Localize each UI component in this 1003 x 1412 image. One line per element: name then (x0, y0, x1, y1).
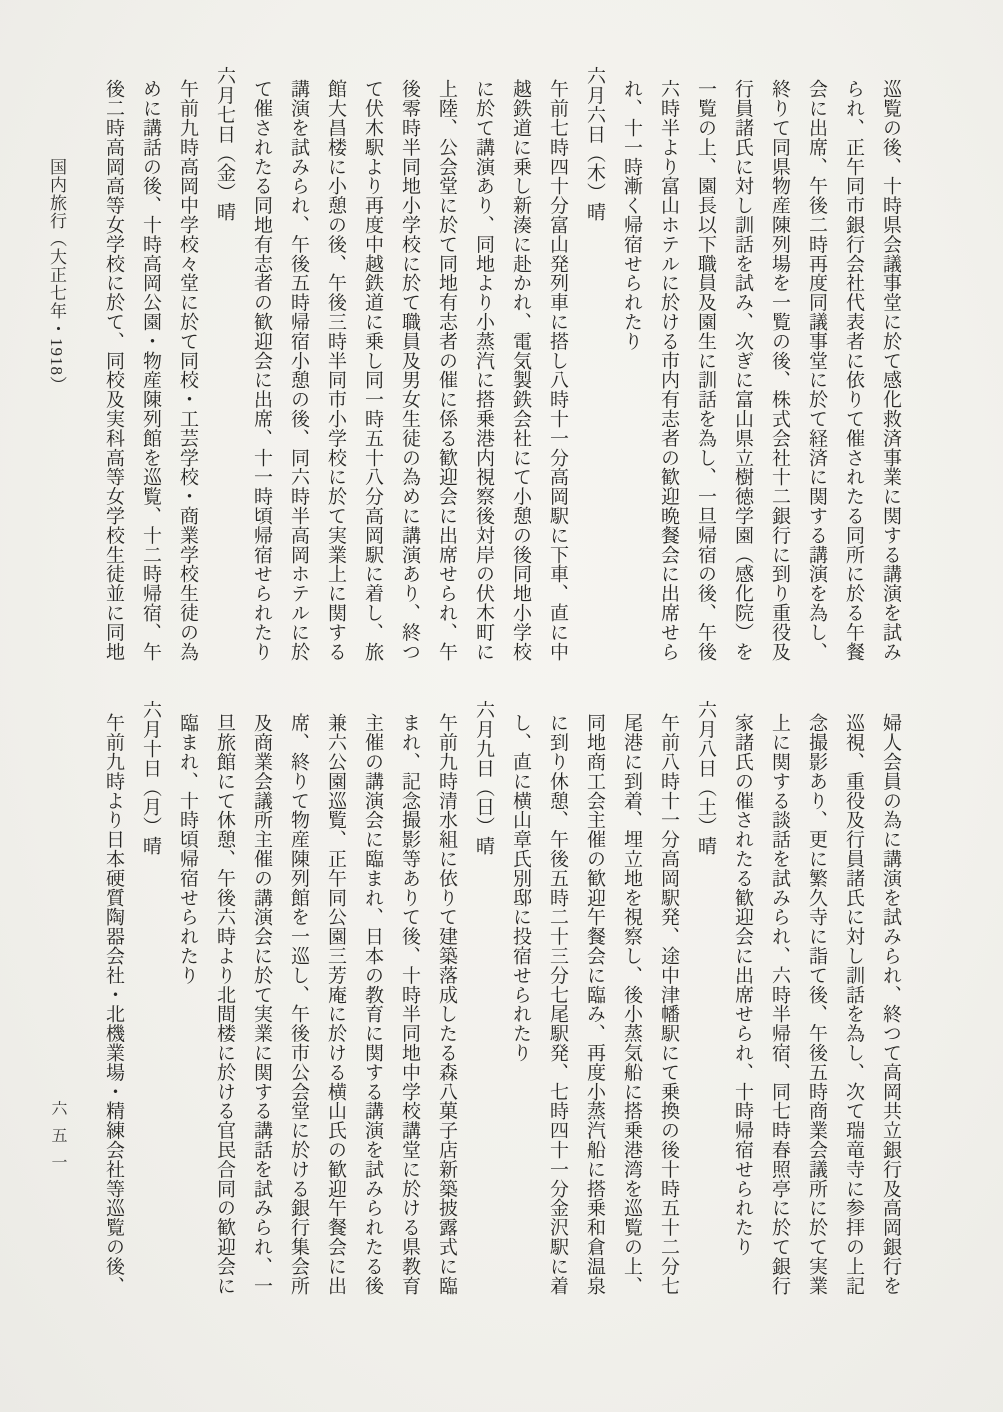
text-column: 午前九時より日本硬質陶器会社・北機業場・精練会社等巡覧の後、 (95, 713, 132, 1330)
text-column: 及商業会議所主催の講演会に於て実業に関する講話を試みられ、一 (243, 713, 280, 1330)
text-column: 婦人会員の為に講演を試みられ、終つて高岡共立銀行及高岡銀行を (872, 713, 909, 1330)
text-column: 一覧の上、園長以下職員及園生に訓話を為し、一旦帰宿の後、午後 (687, 79, 724, 696)
date-heading: 六月九日（日）晴 (465, 700, 502, 1330)
text-column: 午前七時四十分富山発列車に搭し八時十一分高岡駅に下車、直に中 (539, 79, 576, 696)
text-column: 巡覧の後、十時県会議事堂に於て感化救済事業に関する講演を試み (872, 79, 909, 696)
text-column: 館大昌楼に小憩の後、午後三時半同市小学校に於て実業上に関する (317, 79, 354, 696)
text-column: 行員諸氏に対し訓話を試み、次ぎに富山県立樹徳学園（感化院）を (724, 79, 761, 696)
text-column: めに講話の後、十時高岡公園・物産陳列館を巡覧、十二時帰宿、午 (132, 79, 169, 696)
text-column: 終りて同県物産陳列場を一覧の後、株式会社十二銀行に到り重役及 (761, 79, 798, 696)
text-column: 臨まれ、十時頃帰宿せられたり (169, 713, 206, 1330)
text-column: 巡視、重役及行員諸氏に対し訓話を為し、次て瑞竜寺に参拝の上記 (835, 713, 872, 1330)
text-column: 同地商工会主催の歓迎午餐会に臨み、再度小蒸汽船に搭乗和倉温泉 (576, 713, 613, 1330)
text-column: 六時半より富山ホテルに於ける市内有志者の歓迎晩餐会に出席せら (650, 79, 687, 696)
text-column: て催されたる同地有志者の歓迎会に出席、十一時頃帰宿せられたり (243, 79, 280, 696)
text-column: し、直に横山章氏別邸に投宿せられたり (502, 713, 539, 1330)
date-heading: 六月七日（金）晴 (206, 66, 243, 696)
text-column: 旦旅館にて休憩、午後六時より北間楼に於ける官民合同の歓迎会に (206, 713, 243, 1330)
text-column: て伏木駅より再度中越鉄道に乗し同一時五十八分高岡駅に着し、旅 (354, 79, 391, 696)
text-column: 尾港に到着、埋立地を視察し、後小蒸気船に搭乗港湾を巡覧の上、 (613, 713, 650, 1330)
text-column: 午前八時十一分高岡駅発、途中津幡駅にて乗換の後十時五十二分七 (650, 713, 687, 1330)
running-head: 国内旅行（大正七年・1918） (44, 158, 69, 618)
text-column: 上陸、公会堂に於て同地有志者の催に係る歓迎会に出席せられ、午 (428, 79, 465, 696)
text-column: 午前九時高岡中学校々堂に於て同校・工芸学校・商業学校生徒の為 (169, 79, 206, 696)
text-column: まれ、記念撮影等ありて後、十時半同地中学校講堂に於ける県教育 (391, 713, 428, 1330)
text-column: 上に関する談話を試みられ、六時半帰宿、同七時春照亭に於て銀行 (761, 713, 798, 1330)
diary-text-block-lower: 婦人会員の為に講演を試みられ、終つて高岡共立銀行及高岡銀行を 巡視、重役及行員諸… (95, 700, 909, 1330)
text-column: 後零時半同地小学校に於て職員及男女生徒の為めに講演あり、終つ (391, 79, 428, 696)
text-column: 講演を試みられ、午後五時帰宿小憩の後、同六時半高岡ホテルに於 (280, 79, 317, 696)
text-column: 家諸氏の催されたる歓迎会に出席せられ、十時帰宿せられたり (724, 713, 761, 1330)
text-column: 午前九時清水組に依りて建築落成したる森八菓子店新築披露式に臨 (428, 713, 465, 1330)
date-heading: 六月八日（土）晴 (687, 700, 724, 1330)
text-column: 席、終りて物産陳列館を一巡し、午後市公会堂に於ける銀行集会所 (280, 713, 317, 1330)
text-column: に到り休憩、午後五時二十三分七尾駅発、七時四十一分金沢駅に着 (539, 713, 576, 1330)
text-column: 念撮影あり、更に繁久寺に詣て後、午後五時商業会議所に於て実業 (798, 713, 835, 1330)
page-number: 六五一 (46, 1100, 69, 1181)
date-heading: 六月十日（月）晴 (132, 700, 169, 1330)
text-column: 兼六公園巡覧、正午同公園三芳庵に於ける横山氏の歓迎午餐会に出 (317, 713, 354, 1330)
text-column: に於て講演あり、同地より小蒸汽に搭乗港内視察後対岸の伏木町に (465, 79, 502, 696)
text-column: 後二時高岡高等女学校に於て、同校及実科高等女学校生徒並に同地 (95, 79, 132, 696)
date-heading: 六月六日（木）晴 (576, 66, 613, 696)
text-column: 主催の講演会に臨まれ、日本の教育に関する講演を試みられたる後 (354, 713, 391, 1330)
text-column: 越鉄道に乗し新湊に赴かれ、電気製鉄会社にて小憩の後同地小学校 (502, 79, 539, 696)
text-column: れ、十一時漸く帰宿せられたり (613, 79, 650, 696)
diary-text-block-upper: 巡覧の後、十時県会議事堂に於て感化救済事業に関する講演を試み られ、正午同市銀行… (95, 66, 909, 696)
text-column: 会に出席、午後二時再度同議事堂に於て経済に関する講演を為し、 (798, 79, 835, 696)
text-column: られ、正午同市銀行会社代表者に依りて催されたる同所に於る午餐 (835, 79, 872, 696)
